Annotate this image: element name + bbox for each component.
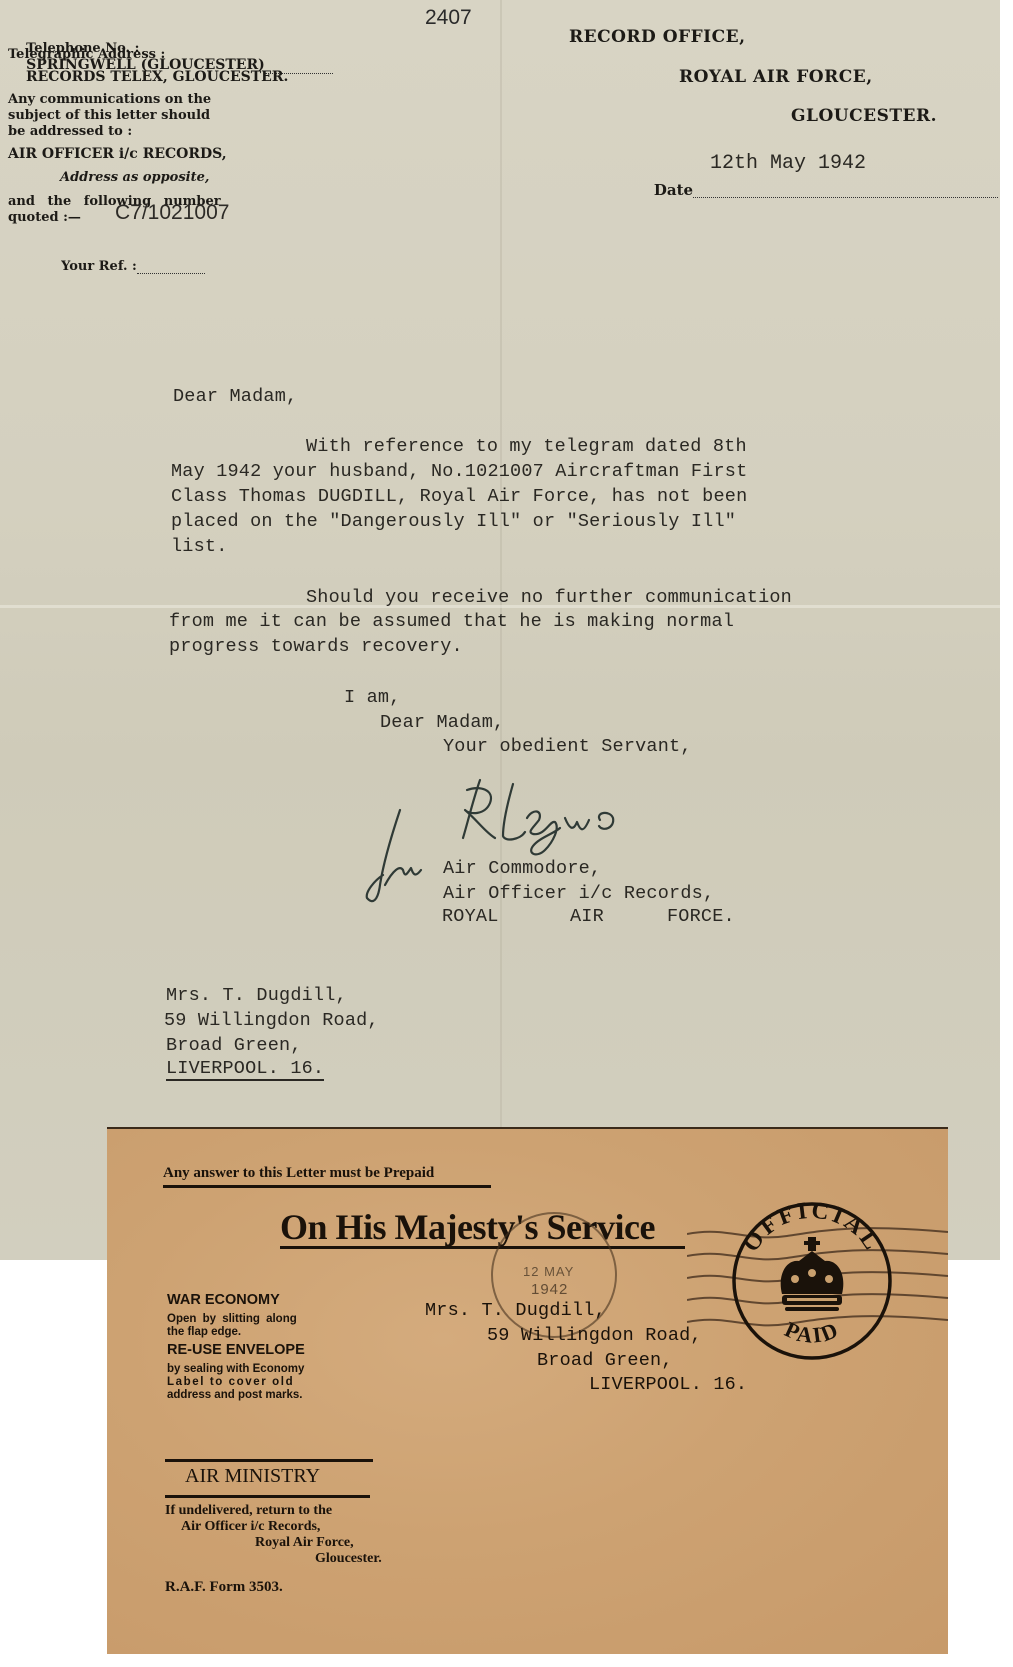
form-number: R.A.F. Form 3503. <box>165 1579 283 1596</box>
recipient-line-3: Broad Green, <box>166 1035 302 1056</box>
prepaid-underline <box>163 1185 491 1188</box>
telegraphic-value: RECORDS TELEX, GLOUCESTER. <box>26 69 288 85</box>
war-economy-line-2: the flap edge. <box>167 1326 241 1338</box>
postmark-year: 1942 <box>531 1281 568 1298</box>
signature-title-air-officer: Air Officer i/c Records, <box>443 883 714 904</box>
ministry-line-3: Royal Air Force, <box>255 1535 354 1551</box>
quoted-number: C7/1021007 <box>115 201 229 225</box>
prepaid-notice: Any answer to this Letter must be Prepai… <box>163 1165 434 1182</box>
reuse-line-3: address and post marks. <box>167 1389 303 1401</box>
recipient-line-1: Mrs. T. Dugdill, <box>166 985 347 1006</box>
gloucester-line: GLOUCESTER. <box>791 106 937 126</box>
record-office-line: RECORD OFFICE, <box>569 27 746 47</box>
salutation: Dear Madam, <box>173 386 297 407</box>
reuse-line-1: by sealing with Economy <box>167 1363 304 1375</box>
postmark-date: 12 MAY <box>523 1264 574 1279</box>
date-value: 12th May 1942 <box>710 152 866 175</box>
letter-sheet: 2407 Telephone No. : SPRINGWELL (GLOUCES… <box>0 0 1000 1260</box>
your-ref-line: Your Ref. : <box>43 244 205 289</box>
air-ministry-heading: AIR MINISTRY <box>185 1465 320 1488</box>
envelope-recipient-line-2: 59 Willingdon Road, <box>487 1325 702 1346</box>
telegraphic-label: Telegraphic Address : <box>8 47 165 63</box>
body-p2-line-1: Should you receive no further communicat… <box>306 587 792 608</box>
title-underline <box>280 1246 685 1249</box>
your-ref-label: Your Ref. : <box>61 259 137 274</box>
ministry-line-1: If undelivered, return to the <box>165 1503 332 1519</box>
envelope-recipient-line-3: Broad Green, <box>537 1350 673 1371</box>
communications-line-1: Any communications on the <box>8 92 211 107</box>
ministry-line-4: Gloucester. <box>315 1551 382 1567</box>
ministry-line-2: Air Officer i/c Records, <box>181 1519 320 1535</box>
body-p2-line-2: from me it can be assumed that he is mak… <box>169 611 734 632</box>
svg-text:PAID: PAID <box>781 1316 843 1348</box>
body-p1-line-5: list. <box>171 536 228 557</box>
recipient-line-4: LIVERPOOL. 16. <box>166 1059 324 1081</box>
your-ref-dotted-line <box>137 259 205 274</box>
body-p1-line-1: With reference to my telegram dated 8th <box>306 436 747 457</box>
closing-i-am: I am, <box>344 687 401 708</box>
signature-org-royal: ROYAL <box>442 906 499 927</box>
addressee-air-officer: AIR OFFICER i/c RECORDS, <box>8 146 227 162</box>
number-line-2: quoted :— <box>8 210 81 225</box>
royal-air-force-line: ROYAL AIR FORCE, <box>679 67 873 87</box>
war-economy-heading: WAR ECONOMY <box>167 1292 280 1308</box>
body-p1-line-2: May 1942 your husband, No.1021007 Aircra… <box>171 461 747 482</box>
body-p1-line-3: Class Thomas DUGDILL, Royal Air Force, h… <box>171 486 747 507</box>
reuse-envelope-heading: RE-USE ENVELOPE <box>167 1342 305 1358</box>
communications-line-2: subject of this letter should <box>8 108 210 123</box>
closing-dear-madam: Dear Madam, <box>380 712 504 733</box>
official-paid-stamp-icon: OFFICIAL PAID <box>727 1199 897 1364</box>
date-dotted-line <box>693 183 998 198</box>
recipient-line-2: 59 Willingdon Road, <box>164 1010 379 1031</box>
reuse-line-2: Label to cover old <box>167 1376 294 1388</box>
closing-obedient-servant: Your obedient Servant, <box>443 736 692 757</box>
war-economy-line-1: Open by slitting along <box>167 1313 297 1325</box>
envelope: Any answer to this Letter must be Prepai… <box>107 1127 948 1654</box>
signature-title-air-commodore: Air Commodore, <box>443 858 601 879</box>
ministry-bottom-rule <box>165 1495 370 1498</box>
handwritten-reference-number: 2407 <box>425 6 472 30</box>
body-p1-line-4: placed on the "Dangerously Ill" or "Seri… <box>171 511 736 532</box>
address-as-opposite: Address as opposite, <box>60 170 209 186</box>
signature-org-air: AIR <box>570 906 604 927</box>
body-p2-line-3: progress towards recovery. <box>169 636 463 657</box>
signature-org-force: FORCE. <box>667 906 735 927</box>
envelope-recipient-line-1: Mrs. T. Dugdill, <box>425 1300 606 1321</box>
communications-line-3: be addressed to : <box>8 124 132 139</box>
ministry-top-rule <box>165 1459 373 1462</box>
envelope-recipient-line-4: LIVERPOOL. 16. <box>589 1374 747 1395</box>
date-label: Date <box>654 181 693 199</box>
